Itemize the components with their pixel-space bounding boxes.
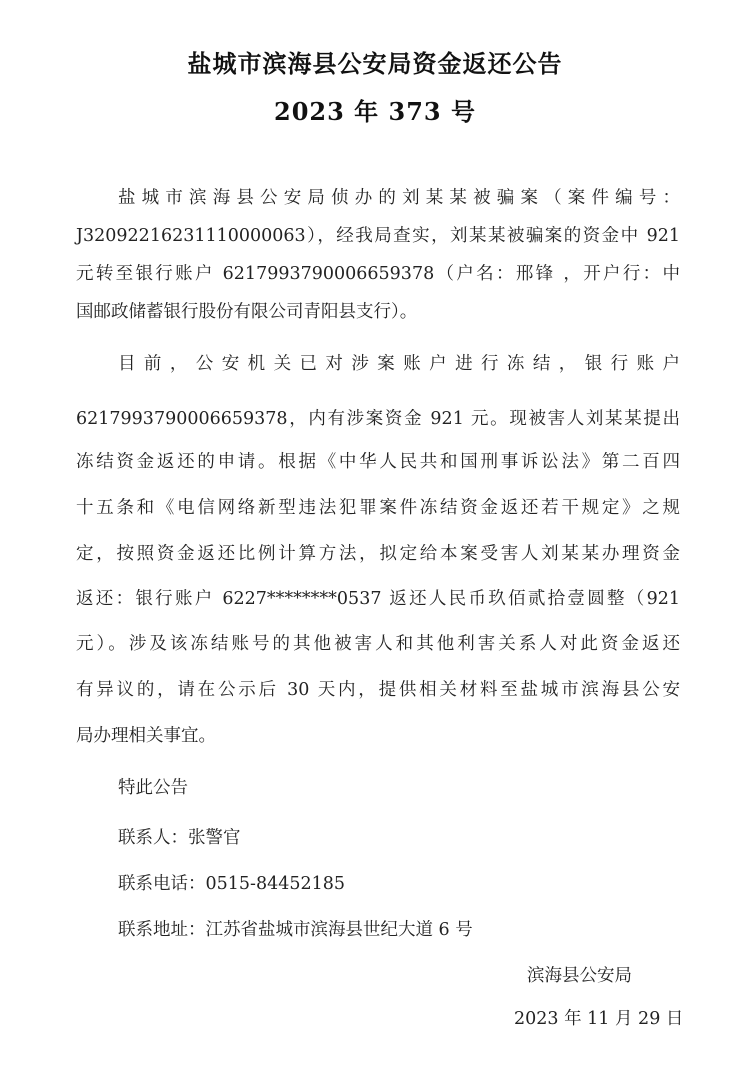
paragraph-line: 返还：银行账户 6227********0537 返还人民币玖佰贰拾壹圆整（92… bbox=[76, 587, 680, 611]
paragraph-line: 6217993790006659378，内有涉案资金 921 元。现被害人刘某某… bbox=[76, 407, 680, 431]
document-title: 盐城市滨海县公安局资金返还公告 bbox=[0, 44, 750, 79]
contact-address: 联系地址：江苏省盐城市滨海县世纪大道 6 号 bbox=[118, 918, 722, 942]
paragraph-line: 元转至银行账户 6217993790006659378（户名：邢锋 ，开户行：中 bbox=[76, 262, 680, 286]
issue-date: 2023 年 11 月 29 日 bbox=[514, 1005, 683, 1030]
paragraph-line: 冻结资金返还的申请。根据《中华人民共和国刑事诉讼法》第二百四 bbox=[76, 450, 680, 474]
paragraph-line: 局办理相关事宜。 bbox=[76, 724, 680, 748]
closing-statement: 特此公告 bbox=[118, 776, 722, 800]
contact-person: 联系人：张警官 bbox=[118, 826, 722, 850]
document-number: 2023 年 373 号 bbox=[0, 92, 750, 127]
paragraph-line: 有异议的，请在公示后 30 天内，提供相关材料至盐城市滨海县公安 bbox=[76, 678, 680, 702]
paragraph-line: 目前，公安机关已对涉案账户进行冻结，银行账户 bbox=[118, 352, 680, 376]
paragraph-line: 十五条和《电信网络新型违法犯罪案件冻结资金返还若干规定》之规 bbox=[76, 496, 680, 520]
paragraph-line: 定，按照资金返还比例计算方法，拟定给本案受害人刘某某办理资金 bbox=[76, 542, 680, 566]
paragraph-line: J32092216231110000063），经我局查实，刘某某被骗案的资金中 … bbox=[76, 224, 680, 248]
contact-phone: 联系电话：0515-84452185 bbox=[118, 872, 722, 896]
issuer-name: 滨海县公安局 bbox=[527, 962, 632, 987]
paragraph-line: 盐城市滨海县公安局侦办的刘某某被骗案（案件编号： bbox=[118, 186, 680, 210]
paragraph-line: 元）。涉及该冻结账号的其他被害人和其他利害关系人对此资金返还 bbox=[76, 632, 680, 656]
paragraph-line: 国邮政储蓄银行股份有限公司青阳县支行）。 bbox=[76, 300, 680, 324]
